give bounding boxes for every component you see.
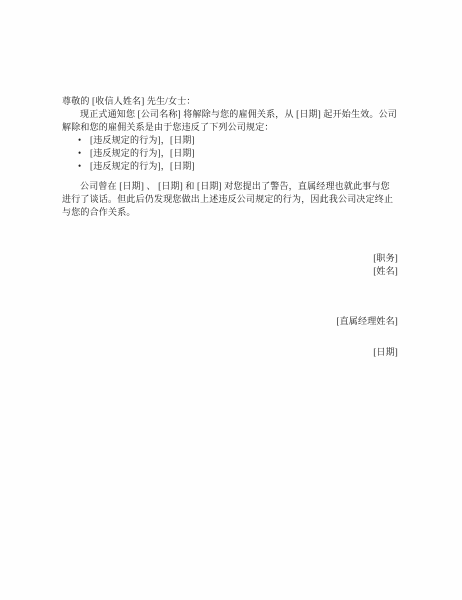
signature-job-title: [职务] <box>62 252 398 265</box>
violation-list: [违反规定的行为]，[日期] [违反规定的行为]，[日期] [违反规定的行为]，… <box>62 134 398 173</box>
paragraph-termination-notice: 现正式通知您 [公司名称] 将解除与您的雇佣关系，从 [日期] 起开始生效。公司… <box>62 108 398 134</box>
letter-content: 尊敬的 [收信人姓名] 先生/女士： 现正式通知您 [公司名称] 将解除与您的雇… <box>62 95 398 359</box>
violation-list-item: [违反规定的行为]，[日期] <box>62 134 398 147</box>
letter-page: 尊敬的 [收信人姓名] 先生/女士： 现正式通知您 [公司名称] 将解除与您的雇… <box>0 0 462 600</box>
violation-list-item: [违反规定的行为]，[日期] <box>62 147 398 160</box>
signature-manager-name: [直属经理姓名] <box>62 315 398 328</box>
paragraph-warning-history: 公司曾在 [日期] 、 [日期] 和 [日期] 对您提出了警告，直属经理也就此事… <box>62 180 398 219</box>
signature-name: [姓名] <box>62 265 398 278</box>
signature-date: [日期] <box>62 346 398 359</box>
salutation: 尊敬的 [收信人姓名] 先生/女士： <box>62 95 398 108</box>
violation-list-item: [违反规定的行为]，[日期] <box>62 160 398 173</box>
signature-block: [职务] [姓名] [直属经理姓名] [日期] <box>62 252 398 359</box>
